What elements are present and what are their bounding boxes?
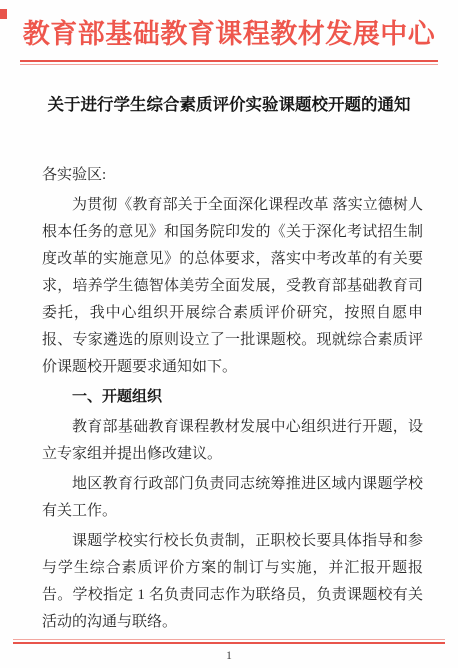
section-heading: 一、开题组织 [42,384,423,411]
salutation: 各实验区: [42,162,423,189]
body-paragraph-intro: 为贯彻《教育部关于全面深化课程改革 落实立德树人根本任务的意见》和国务院印发的《… [42,192,423,381]
body-paragraph-district: 地区教育行政部门负责同志统筹推进区域内课题学校有关工作。 [42,471,423,525]
body-paragraph-school: 课题学校实行校长负责制，正职校长要具体指导和参与学生综合素质评价方案的制订与实施… [42,528,423,636]
footer-divider [13,639,445,644]
body-paragraph-center: 教育部基础教育课程教材发展中心组织进行开题，设立专家组并提出修改建议。 [42,414,423,468]
footer-divider-thick-rule [13,642,445,644]
document-title: 关于进行学生综合素质评价实验课题校开题的通知 [20,94,438,116]
scan-corner-mark [0,9,7,19]
page-footer: 1 [0,639,458,662]
document-page: 教育部基础教育课程教材发展中心 关于进行学生综合素质评价实验课题校开题的通知 各… [0,0,458,668]
document-body: 各实验区: 为贯彻《教育部关于全面深化课程改革 落实立德树人根本任务的意见》和国… [42,162,423,636]
page-number: 1 [0,650,458,662]
letterhead-title: 教育部基础教育课程教材发展中心 [0,0,458,51]
letterhead-divider-thin-rule [20,64,438,65]
letterhead-divider [20,60,438,65]
